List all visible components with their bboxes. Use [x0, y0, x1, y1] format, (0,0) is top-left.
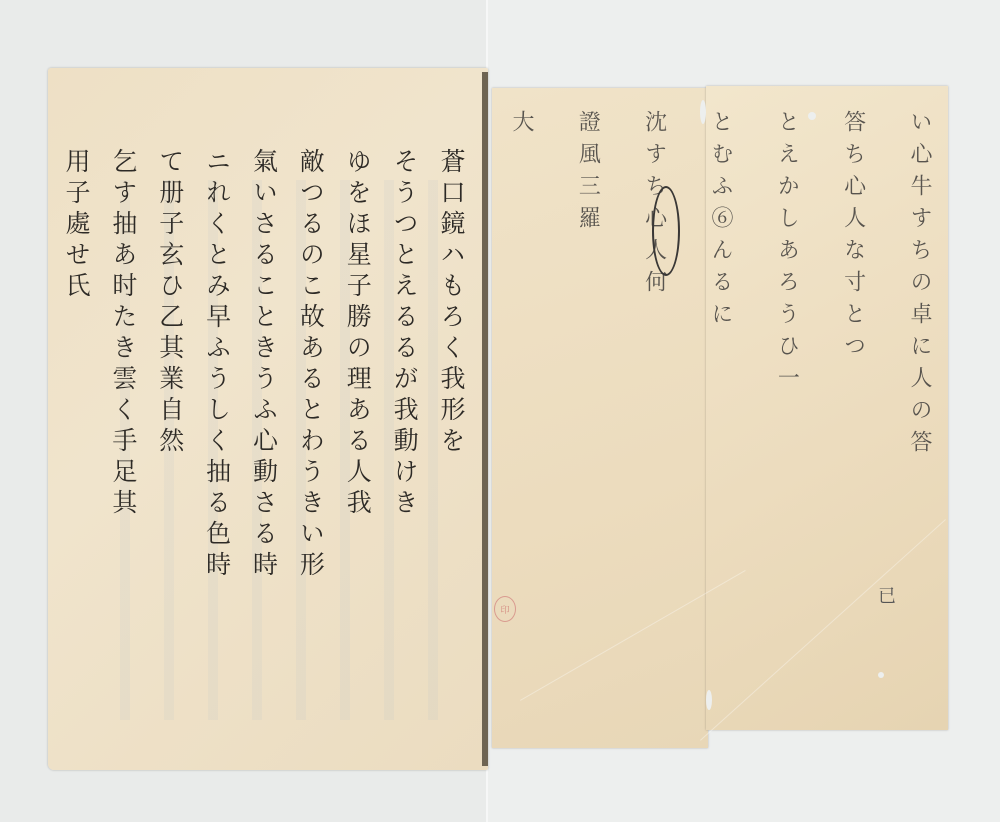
text-column: 敵つるのこ故あるとわうきい形	[298, 148, 323, 728]
right-page-text: い心牛すちの卓に人の答 答ち心人な寸とつ とえかしあろうひ一 とむふ⑥んるに 沈…	[510, 110, 930, 710]
text-column: 用子處せ氏	[64, 148, 89, 728]
text-column: ゆをほ星子勝の理ある人我	[345, 148, 370, 728]
text-column: とむふ⑥んるに	[709, 110, 731, 710]
margin-mark: 已	[872, 586, 898, 604]
left-page-text: 蒼口鏡ハもろく我形を そうつとえるるが我動けき ゆをほ星子勝の理ある人我 敵つる…	[64, 148, 464, 728]
text-column: て册子玄ひ乙其業自然	[158, 148, 183, 728]
text-column: 氣いさることきうふ心動さる時	[252, 148, 277, 728]
text-column: 大	[510, 110, 532, 710]
text-column: 乞す抽あ时たき雲く手足其	[111, 148, 136, 728]
text-column: 蒼口鏡ハもろく我形を	[439, 148, 464, 728]
text-column: 證風三羅	[576, 110, 598, 710]
text-column: そうつとえるるが我動けき	[392, 148, 417, 728]
text-column: い心牛すちの卓に人の答	[908, 110, 930, 710]
text-column: 答ち心人な寸とつ	[842, 110, 864, 710]
text-column: とえかしあろうひ一	[775, 110, 797, 710]
book-spine	[482, 72, 488, 766]
red-seal-stamp: 印	[494, 596, 516, 622]
text-column: ニれくとみ早ふうしく抽る色時	[205, 148, 230, 728]
circled-mark	[652, 186, 680, 276]
